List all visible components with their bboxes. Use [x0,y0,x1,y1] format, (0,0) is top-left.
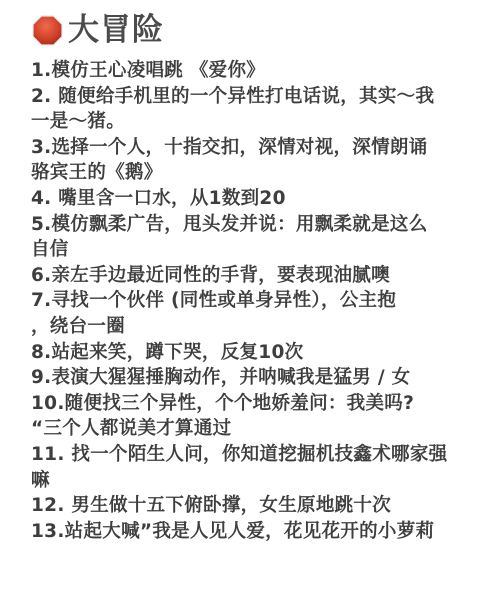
item-line: 自信 [31,237,493,263]
page-title: 大冒险 [68,10,164,50]
list-item: 5.模仿飘柔广告，甩头发并说：用飘柔就是这么 自信 [31,212,493,263]
item-line: 嘛 [31,468,493,494]
item-line: 5.模仿飘柔广告，甩头发并说：用飘柔就是这么 [31,212,493,238]
item-line: 一是～猪。 [31,109,493,135]
item-line: 7.寻找一个伙伴 (同性或单身异性），公主抱 [31,288,493,314]
list-item: 10.随便找三个异性，个个地娇羞问：我美吗? “三个人都说美才算通过 [31,391,493,442]
item-line: 2. 随便给手机里的一个异性打电话说，其实～我 [31,84,493,110]
list-item: 9.表演大猩猩捶胸动作，并呐喊我是猛男 / 女 [31,365,493,391]
list-item: 13.站起大喊”我是人见人爱，花见花开的小萝莉 [31,519,493,545]
dare-list: 1.模仿王心凌唱跳 《爱你》 2. 随便给手机里的一个异性打电话说，其实～我 一… [31,58,493,544]
page: 大冒险 1.模仿王心凌唱跳 《爱你》 2. 随便给手机里的一个异性打电话说，其实… [0,0,500,592]
stop-sign-icon [32,15,63,46]
item-line: 13.站起大喊”我是人见人爱，花见花开的小萝莉 [31,519,493,545]
list-item: 6.亲左手边最近同性的手背，要表现油腻噢 [31,263,493,289]
list-item: 12. 男生做十五下俯卧撑，女生原地跳十次 [31,493,493,519]
list-item: 11. 找一个陌生人问，你知道挖掘机技鑫术哪家强 嘛 [31,442,493,493]
item-line: 9.表演大猩猩捶胸动作，并呐喊我是猛男 / 女 [31,365,493,391]
item-line: 骆宾王的《鹅》 [31,160,493,186]
item-line: 11. 找一个陌生人问，你知道挖掘机技鑫术哪家强 [31,442,493,468]
list-item: 8.站起来笑，蹲下哭，反复10次 [31,340,493,366]
list-item: 7.寻找一个伙伴 (同性或单身异性），公主抱 ，绕台一圈 [31,288,493,339]
item-line: “三个人都说美才算通过 [31,416,493,442]
item-line: 1.模仿王心凌唱跳 《爱你》 [31,58,493,84]
list-item: 4. 嘴里含一口水，从1数到20 [31,186,493,212]
item-line: ，绕台一圈 [31,314,493,340]
item-line: 10.随便找三个异性，个个地娇羞问：我美吗? [31,391,493,417]
header: 大冒险 [32,10,164,50]
item-line: 3.选择一个人，十指交扣，深情对视，深情朗诵 [31,135,493,161]
list-item: 3.选择一个人，十指交扣，深情对视，深情朗诵 骆宾王的《鹅》 [31,135,493,186]
item-line: 8.站起来笑，蹲下哭，反复10次 [31,340,493,366]
item-line: 12. 男生做十五下俯卧撑，女生原地跳十次 [31,493,493,519]
item-line: 6.亲左手边最近同性的手背，要表现油腻噢 [31,263,493,289]
list-item: 2. 随便给手机里的一个异性打电话说，其实～我 一是～猪。 [31,84,493,135]
item-line: 4. 嘴里含一口水，从1数到20 [31,186,493,212]
list-item: 1.模仿王心凌唱跳 《爱你》 [31,58,493,84]
